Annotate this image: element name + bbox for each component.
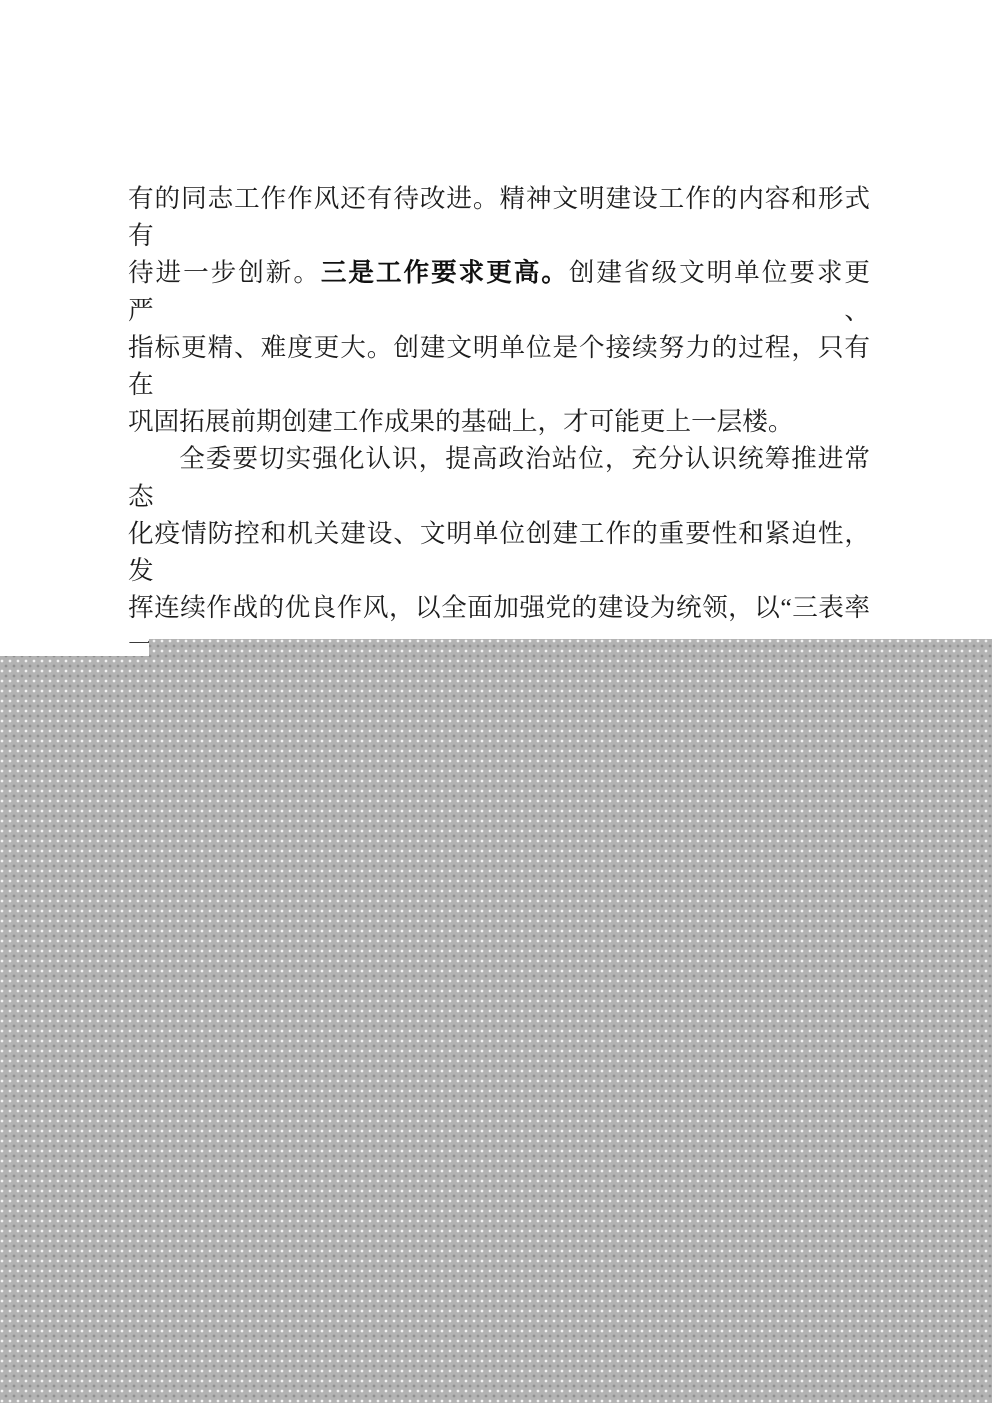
text-line: 化疫情防控和机关建设、文明单位创建工作的重要性和紧迫性，发 — [128, 515, 870, 589]
text-line: 全委要切实强化认识，提高政治站位，充分认识统筹推进常态 — [128, 440, 870, 514]
text-segment: 待进一步创新。 — [128, 258, 321, 287]
text-segment: 巩固拓展前期创建工作成果的基础上，才可能更上一层楼。 — [128, 407, 793, 436]
document-page: 有的同志工作作风还有待改进。精神文明建设工作的内容和形式有待进一步创新。三是工作… — [0, 0, 992, 1403]
text-segment: 有的同志工作作风还有待改进。精神文明建设工作的内容和形式有 — [128, 184, 870, 250]
text-segment-bold: 三是工作要求更高。 — [321, 258, 569, 287]
text-line: 有的同志工作作风还有待改进。精神文明建设工作的内容和形式有 — [128, 180, 870, 254]
text-segment: 化疫情防控和机关建设、文明单位创建工作的重要性和紧迫性，发 — [128, 519, 870, 585]
text-line: 巩固拓展前期创建工作成果的基础上，才可能更上一层楼。 — [128, 403, 870, 440]
text-segment: 全委要切实强化认识，提高政治站位，充分认识统筹推进常态 — [128, 444, 870, 510]
text-line: 指标更精、难度更大。创建文明单位是个接续努力的过程，只有在 — [128, 329, 870, 403]
text-segment: 指标更精、难度更大。创建文明单位是个接续努力的过程，只有在 — [128, 333, 870, 399]
gray-halftone-overlay — [0, 639, 992, 1403]
screenshot-viewport: 有的同志工作作风还有待改进。精神文明建设工作的内容和形式有待进一步创新。三是工作… — [0, 0, 992, 1403]
text-line: 待进一步创新。三是工作要求更高。创建省级文明单位要求更严、 — [128, 254, 870, 328]
